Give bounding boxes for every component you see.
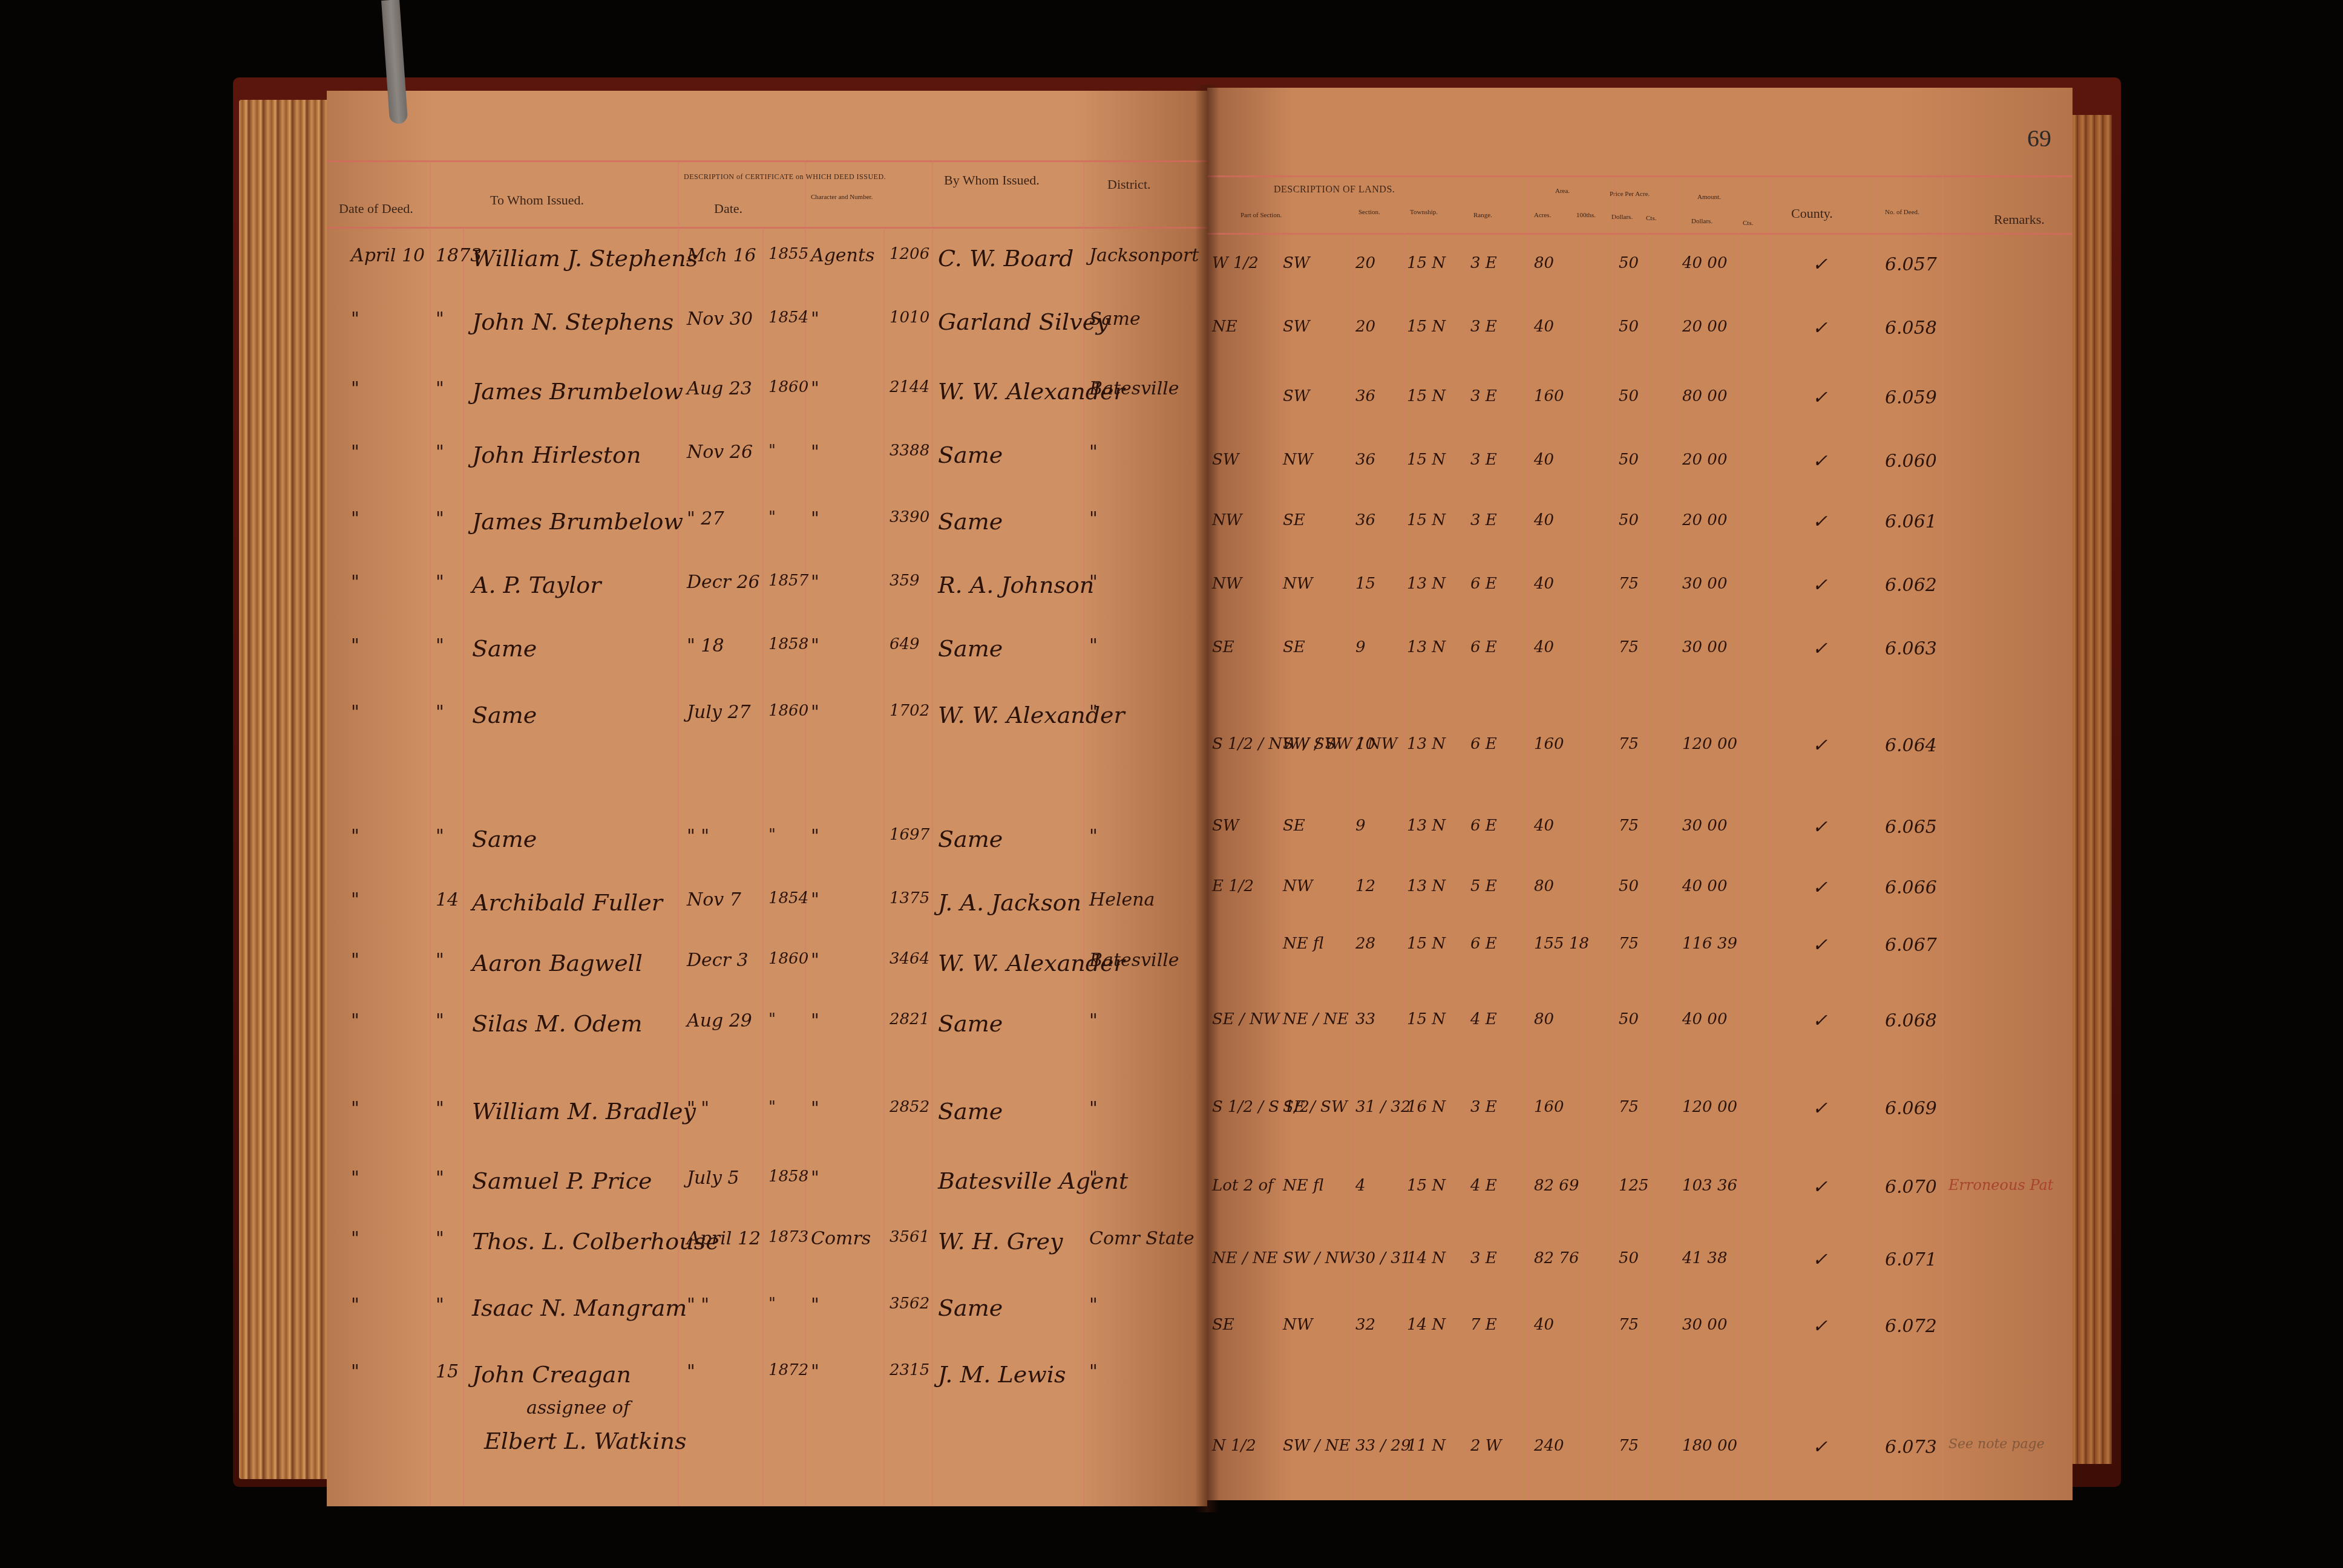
cell-section: 36 <box>1355 451 1375 469</box>
cell-price: 75 <box>1619 735 1639 753</box>
cell-deed-date: " <box>351 702 359 723</box>
cell-county: ✓ <box>1812 638 1827 659</box>
cell-county: ✓ <box>1812 877 1827 898</box>
cell-name: William J. Stephens <box>472 245 698 272</box>
cell-cert-year: " <box>768 1010 776 1028</box>
cell-section: 9 <box>1355 638 1366 656</box>
cell-acres: 40 <box>1534 638 1554 656</box>
cell-amount: 116 39 <box>1682 935 1737 953</box>
header-price-cents: Cts. <box>1646 215 1656 222</box>
cell-amount: 30 00 <box>1682 575 1727 593</box>
cell-name: James Brumbelow <box>472 508 683 535</box>
cell-deed-no: 6.063 <box>1885 638 1937 659</box>
cell-cert-year: 1855 <box>768 245 808 263</box>
cell-deed-date: " <box>351 1010 359 1031</box>
header-amount-group: Amount. <box>1697 194 1721 201</box>
cell-character: " <box>811 635 819 656</box>
column-divider <box>1770 175 1771 1500</box>
cell-deed-no: 6.067 <box>1885 935 1937 956</box>
cell-remarks: Erroneous Pat <box>1948 1177 2053 1194</box>
cell-character: " <box>811 442 819 463</box>
cell-township: 13 N <box>1407 575 1446 593</box>
cell-deed-year: " <box>436 635 444 656</box>
left-page: Date of Deed. To Whom Issued. DESCRIPTIO… <box>327 91 1207 1506</box>
cell-name: John N. Stephens <box>472 309 673 335</box>
cell-character: Agents <box>811 245 874 266</box>
cell-acres: 40 <box>1534 575 1554 593</box>
header-character-number: Character and Number. <box>811 194 873 201</box>
cell-quarter: NE fl <box>1283 1177 1323 1195</box>
cell-name: John Creagan <box>472 1361 631 1388</box>
header-acres: Acres. <box>1534 212 1551 219</box>
cell-name: Aaron Bagwell <box>472 950 643 976</box>
cell-quarter: SW / NE <box>1283 1437 1351 1455</box>
column-divider <box>1467 233 1469 1500</box>
cell-district: " <box>1089 1010 1098 1031</box>
cell-amount: 41 38 <box>1682 1249 1727 1267</box>
cell-district: Batesville <box>1089 950 1179 971</box>
cell-range: 7 E <box>1470 1316 1497 1334</box>
cell-name-line2: assignee of <box>526 1397 630 1419</box>
column-divider <box>430 160 431 1506</box>
cell-number: 1375 <box>890 889 929 907</box>
cell-price: 50 <box>1619 387 1639 405</box>
cell-cert-date: Nov 7 <box>687 889 741 910</box>
cell-deed-date: " <box>351 950 359 971</box>
cell-deed-date: " <box>351 309 359 330</box>
cell-deed-date: " <box>351 635 359 656</box>
cell-price: 75 <box>1619 1316 1639 1334</box>
header-range: Range. <box>1473 212 1492 219</box>
cell-by-whom: Batesville Agent <box>938 1168 1128 1194</box>
cell-cert-year: " <box>768 442 776 460</box>
cell-amount: 103 36 <box>1682 1177 1737 1195</box>
cell-number: 2821 <box>890 1010 929 1028</box>
header-by-whom-issued: By Whom Issued. <box>944 172 1040 188</box>
cell-acres: 240 <box>1534 1437 1564 1455</box>
cell-township: 15 N <box>1407 387 1446 405</box>
cell-name: Silas M. Odem <box>472 1010 643 1037</box>
cell-section: 15 <box>1355 575 1375 593</box>
cell-name: John Hirleston <box>472 442 641 468</box>
cell-price: 50 <box>1619 511 1639 529</box>
cell-character: " <box>811 572 819 593</box>
cell-deed-year: " <box>436 1168 444 1189</box>
cell-county: ✓ <box>1812 1316 1827 1337</box>
cell-by-whom: W. H. Grey <box>938 1228 1063 1255</box>
cell-cert-year: 1854 <box>768 889 808 907</box>
cell-cert-year: 1858 <box>768 635 808 653</box>
column-divider <box>762 227 764 1506</box>
cell-name: Thos. L. Colberhouse <box>472 1228 719 1255</box>
cell-quarter: NW <box>1283 877 1312 895</box>
cell-number: 2144 <box>890 378 929 396</box>
cell-quarter: NE / NE <box>1283 1010 1349 1028</box>
cell-district: Same <box>1089 309 1141 330</box>
cell-quarter: SW <box>1283 254 1310 272</box>
header-lands-group: DESCRIPTION OF LANDS. <box>1274 185 1395 195</box>
cell-county: ✓ <box>1812 318 1827 339</box>
cell-number: 3561 <box>890 1228 929 1246</box>
cell-cert-year: 1860 <box>768 378 808 396</box>
cell-by-whom: R. A. Johnson <box>938 572 1094 598</box>
cell-number: 2315 <box>890 1361 929 1379</box>
cell-name: A. P. Taylor <box>472 572 601 598</box>
cell-township: 15 N <box>1407 935 1446 953</box>
cell-acres: 40 <box>1534 451 1554 469</box>
cell-quarter: NW <box>1283 575 1312 593</box>
header-date-of-deed: Date of Deed. <box>339 201 413 217</box>
cell-quarter: NE fl <box>1283 935 1323 953</box>
cell-district: " <box>1089 635 1098 656</box>
cell-price: 50 <box>1619 254 1639 272</box>
cell-county: ✓ <box>1812 254 1827 275</box>
cell-deed-year: " <box>436 1228 444 1249</box>
cell-deed-date: " <box>351 1098 359 1119</box>
cell-character: " <box>811 309 819 330</box>
cell-price: 75 <box>1619 935 1639 953</box>
cell-name: James Brumbelow <box>472 378 683 405</box>
cell-range: 6 E <box>1470 638 1497 656</box>
cell-deed-date: " <box>351 1361 359 1382</box>
cell-cert-date: Decr 26 <box>687 572 760 593</box>
header-district: District. <box>1107 177 1151 192</box>
cell-district: " <box>1089 702 1098 723</box>
cell-number: 1697 <box>890 826 929 844</box>
cell-cert-date: Aug 23 <box>687 378 752 399</box>
cell-deed-no: 6.071 <box>1885 1249 1937 1270</box>
column-divider <box>1352 233 1354 1500</box>
header-county: County. <box>1791 206 1833 221</box>
cell-section: 28 <box>1355 935 1375 953</box>
cell-cert-date: Nov 26 <box>687 442 753 463</box>
cell-by-whom: Garland Silvey <box>938 309 1109 335</box>
cell-cert-year: " <box>768 826 776 844</box>
column-divider <box>1738 233 1739 1500</box>
cell-cert-date: " <box>687 1361 695 1382</box>
cell-deed-date: " <box>351 508 359 529</box>
cell-county: ✓ <box>1812 1098 1827 1119</box>
cell-township: 15 N <box>1407 318 1446 336</box>
column-divider <box>1646 233 1647 1500</box>
cell-quarter: SW / NW <box>1283 1249 1355 1267</box>
cell-deed-no: 6.059 <box>1885 387 1937 408</box>
cell-district: " <box>1089 1168 1098 1189</box>
cell-part: NE / NE <box>1212 1249 1278 1267</box>
cell-deed-no: 6.069 <box>1885 1098 1937 1119</box>
cell-cert-year: " <box>768 1295 776 1313</box>
cell-district: " <box>1089 442 1098 463</box>
cell-quarter: SE <box>1283 817 1305 835</box>
header-bottom-rule <box>327 227 1207 229</box>
right-page: DESCRIPTION OF LANDS. Part of Section. S… <box>1207 88 2073 1500</box>
cell-character: " <box>811 1098 819 1119</box>
cell-cert-year: 1857 <box>768 572 808 590</box>
cell-deed-year: " <box>436 508 444 529</box>
cell-range: 4 E <box>1470 1010 1497 1028</box>
cell-range: 3 E <box>1470 451 1497 469</box>
cell-deed-no: 6.070 <box>1885 1177 1937 1198</box>
cell-character: " <box>811 1295 819 1316</box>
cell-acres: 80 <box>1534 877 1554 895</box>
cell-range: 6 E <box>1470 935 1497 953</box>
column-divider <box>463 227 464 1506</box>
cell-quarter: SE <box>1283 511 1305 529</box>
column-divider <box>883 227 885 1506</box>
cell-quarter: SE / SW <box>1283 1098 1348 1116</box>
cell-range: 6 E <box>1470 735 1497 753</box>
cell-section: 31 / 32 <box>1355 1098 1411 1116</box>
cell-deed-date: " <box>351 442 359 463</box>
cell-deed-no: 6.068 <box>1885 1010 1937 1031</box>
cell-amount: 40 00 <box>1682 1010 1727 1028</box>
column-divider <box>1528 175 1529 1500</box>
cell-price: 50 <box>1619 451 1639 469</box>
cell-number: 1010 <box>890 309 929 327</box>
cell-name: Same <box>472 702 537 728</box>
cell-deed-no: 6.072 <box>1885 1316 1937 1337</box>
cell-amount: 20 00 <box>1682 511 1727 529</box>
cell-price: 75 <box>1619 1098 1639 1116</box>
cell-by-whom: Same <box>938 1098 1003 1125</box>
cell-name: Same <box>472 635 537 662</box>
book-gutter <box>1195 85 1219 1512</box>
cell-cert-year: " <box>768 1098 776 1116</box>
cell-number: 3390 <box>890 508 929 526</box>
cell-number: 2852 <box>890 1098 929 1116</box>
cell-name: Isaac N. Mangram <box>472 1295 687 1321</box>
cell-quarter: SW <box>1283 318 1310 336</box>
cell-deed-no: 6.060 <box>1885 451 1937 472</box>
cell-name-line3: Elbert L. Watkins <box>484 1428 686 1454</box>
cell-by-whom: J. M. Lewis <box>938 1361 1066 1388</box>
cell-county: ✓ <box>1812 575 1827 596</box>
cell-price: 75 <box>1619 575 1639 593</box>
cell-amount: 30 00 <box>1682 1316 1727 1334</box>
cell-cert-date: Mch 16 <box>687 245 756 266</box>
cell-number: 3464 <box>890 950 929 968</box>
cell-range: 3 E <box>1470 511 1497 529</box>
cell-name: Samuel P. Price <box>472 1168 652 1194</box>
cell-character: " <box>811 702 819 723</box>
cell-amount: 120 00 <box>1682 735 1737 753</box>
cell-deed-year: " <box>436 950 444 971</box>
cell-price: 75 <box>1619 1437 1639 1455</box>
cell-amount: 40 00 <box>1682 254 1727 272</box>
cell-range: 3 E <box>1470 318 1497 336</box>
cell-deed-date: " <box>351 378 359 399</box>
cell-township: 13 N <box>1407 817 1446 835</box>
cell-section: 12 <box>1355 877 1375 895</box>
cell-character: " <box>811 1168 819 1189</box>
cell-deed-year: 15 <box>436 1361 459 1382</box>
header-no-of-deed: No. of Deed. <box>1885 209 1919 216</box>
cell-deed-date: " <box>351 1168 359 1189</box>
cell-section: 33 <box>1355 1010 1375 1028</box>
cell-township: 15 N <box>1407 1010 1446 1028</box>
cell-quarter: NW <box>1283 451 1312 469</box>
cell-by-whom: J. A. Jackson <box>938 889 1081 916</box>
cell-section: 9 <box>1355 817 1366 835</box>
cell-township: 13 N <box>1407 735 1446 753</box>
column-divider <box>932 160 933 1506</box>
cell-cert-year: 1860 <box>768 702 808 720</box>
header-remarks: Remarks. <box>1994 212 2045 227</box>
cell-range: 3 E <box>1470 254 1497 272</box>
cell-district: " <box>1089 826 1098 847</box>
cell-acres: 80 <box>1534 1010 1554 1028</box>
cell-by-whom: Same <box>938 1295 1003 1321</box>
header-township: Township. <box>1410 209 1438 216</box>
cell-deed-date: " <box>351 572 359 593</box>
cell-number: 3562 <box>890 1295 929 1313</box>
cell-deed-no: 6.058 <box>1885 318 1937 339</box>
cell-price: 50 <box>1619 318 1639 336</box>
cell-amount: 30 00 <box>1682 817 1727 835</box>
cell-deed-date: " <box>351 889 359 910</box>
cell-district: " <box>1089 1295 1098 1316</box>
cell-character: " <box>811 1010 819 1031</box>
cell-deed-year: " <box>436 1295 444 1316</box>
cell-deed-no: 6.061 <box>1885 511 1937 532</box>
cell-character: " <box>811 378 819 399</box>
cell-part: Lot 2 of <box>1212 1177 1274 1195</box>
cell-township: 13 N <box>1407 638 1446 656</box>
cell-district: Batesville <box>1089 378 1179 399</box>
cell-quarter: NW <box>1283 1316 1312 1334</box>
column-divider <box>1404 233 1405 1500</box>
cell-township: 15 N <box>1407 511 1446 529</box>
header-to-whom-issued: To Whom Issued. <box>490 192 584 208</box>
cell-cert-year: " <box>768 508 776 526</box>
cell-cert-date: " " <box>687 826 709 847</box>
cell-acres: 160 <box>1534 387 1564 405</box>
cell-county: ✓ <box>1812 935 1827 956</box>
header-amount-cents: Cts. <box>1743 220 1753 227</box>
cell-section: 4 <box>1355 1177 1366 1195</box>
cell-township: 14 N <box>1407 1316 1446 1334</box>
cell-quarter: SW / SW / NW <box>1283 735 1397 753</box>
cell-price: 50 <box>1619 877 1639 895</box>
cell-acres: 155 18 <box>1534 935 1589 953</box>
cell-character: " <box>811 889 819 910</box>
header-cert-date: Date. <box>714 201 742 217</box>
cell-deed-year: " <box>436 309 444 330</box>
column-divider <box>1614 175 1615 1500</box>
cell-section: 20 <box>1355 254 1375 272</box>
cell-remarks: See note page <box>1948 1437 2045 1452</box>
cell-cert-date: Nov 30 <box>687 309 753 330</box>
cell-township: 16 N <box>1407 1098 1446 1116</box>
cell-cert-date: July 5 <box>687 1168 739 1189</box>
cell-deed-date: " <box>351 1228 359 1249</box>
cell-deed-year: 14 <box>436 889 459 910</box>
cell-range: 3 E <box>1470 387 1497 405</box>
cell-deed-year: " <box>436 826 444 847</box>
cell-acres: 40 <box>1534 511 1554 529</box>
cell-acres: 160 <box>1534 735 1564 753</box>
cell-by-whom: Same <box>938 826 1003 852</box>
cell-section: 30 / 31 <box>1355 1249 1411 1267</box>
cell-cert-date: " 27 <box>687 508 724 529</box>
cell-county: ✓ <box>1812 1010 1827 1031</box>
cell-township: 15 N <box>1407 1177 1446 1195</box>
cell-deed-no: 6.065 <box>1885 817 1937 838</box>
header-certificate-group: DESCRIPTION of CERTIFICATE on WHICH DEED… <box>684 172 886 181</box>
cell-character: " <box>811 508 819 529</box>
cell-number: 359 <box>890 572 920 590</box>
cell-section: 10 <box>1355 735 1375 753</box>
cell-price: 50 <box>1619 1010 1639 1028</box>
cell-name: Archibald Fuller <box>472 889 663 916</box>
cell-number: 1702 <box>890 702 929 720</box>
cell-section: 32 <box>1355 1316 1375 1334</box>
cell-deed-date: " <box>351 1295 359 1316</box>
cell-deed-year: " <box>436 572 444 593</box>
cell-township: 11 N <box>1407 1437 1446 1455</box>
cell-range: 3 E <box>1470 1249 1497 1267</box>
cell-cert-year: 1872 <box>768 1361 808 1379</box>
cell-district: Comr State <box>1089 1228 1194 1249</box>
cell-number: 3388 <box>890 442 929 460</box>
cell-deed-no: 6.057 <box>1885 254 1937 275</box>
cell-by-whom: Same <box>938 508 1003 535</box>
cell-cert-date: Aug 29 <box>687 1010 752 1031</box>
cell-character: " <box>811 1361 819 1382</box>
cell-range: 6 E <box>1470 575 1497 593</box>
cell-county: ✓ <box>1812 1249 1827 1270</box>
cell-amount: 20 00 <box>1682 451 1727 469</box>
cell-number: 649 <box>890 635 920 653</box>
cell-amount: 40 00 <box>1682 877 1727 895</box>
cell-deed-no: 6.064 <box>1885 735 1937 756</box>
cell-name: Same <box>472 826 537 852</box>
cell-quarter: SE <box>1283 638 1305 656</box>
cell-acres: 82 76 <box>1534 1249 1579 1267</box>
header-part-of-section: Part of Section. <box>1240 212 1282 219</box>
cell-price: 50 <box>1619 1249 1639 1267</box>
header-area-group: Area. <box>1555 188 1570 195</box>
cell-amount: 80 00 <box>1682 387 1727 405</box>
cell-township: 15 N <box>1407 254 1446 272</box>
cell-range: 4 E <box>1470 1177 1497 1195</box>
cell-amount: 120 00 <box>1682 1098 1737 1116</box>
cell-deed-no: 6.066 <box>1885 877 1937 898</box>
page-edges-left <box>239 100 330 1479</box>
column-divider <box>1876 175 1877 1500</box>
cell-name: William M. Bradley <box>472 1098 696 1125</box>
column-divider <box>805 160 806 1506</box>
cell-county: ✓ <box>1812 1177 1827 1198</box>
cell-cert-date: Decr 3 <box>687 950 749 971</box>
column-divider <box>1280 233 1281 1500</box>
cell-cert-date: " 18 <box>687 635 724 656</box>
cell-range: 3 E <box>1470 1098 1497 1116</box>
cell-section: 36 <box>1355 511 1375 529</box>
cell-township: 13 N <box>1407 877 1446 895</box>
cell-by-whom: C. W. Board <box>938 245 1073 272</box>
cell-deed-date: April 10 <box>351 245 425 266</box>
cell-range: 5 E <box>1470 877 1497 895</box>
cell-county: ✓ <box>1812 735 1827 756</box>
cell-acres: 82 69 <box>1534 1177 1579 1195</box>
cell-amount: 20 00 <box>1682 318 1727 336</box>
cell-county: ✓ <box>1812 511 1827 532</box>
cell-acres: 80 <box>1534 254 1554 272</box>
cell-cert-date: " " <box>687 1295 709 1316</box>
cell-cert-year: 1873 <box>768 1228 808 1246</box>
cell-by-whom: Same <box>938 635 1003 662</box>
